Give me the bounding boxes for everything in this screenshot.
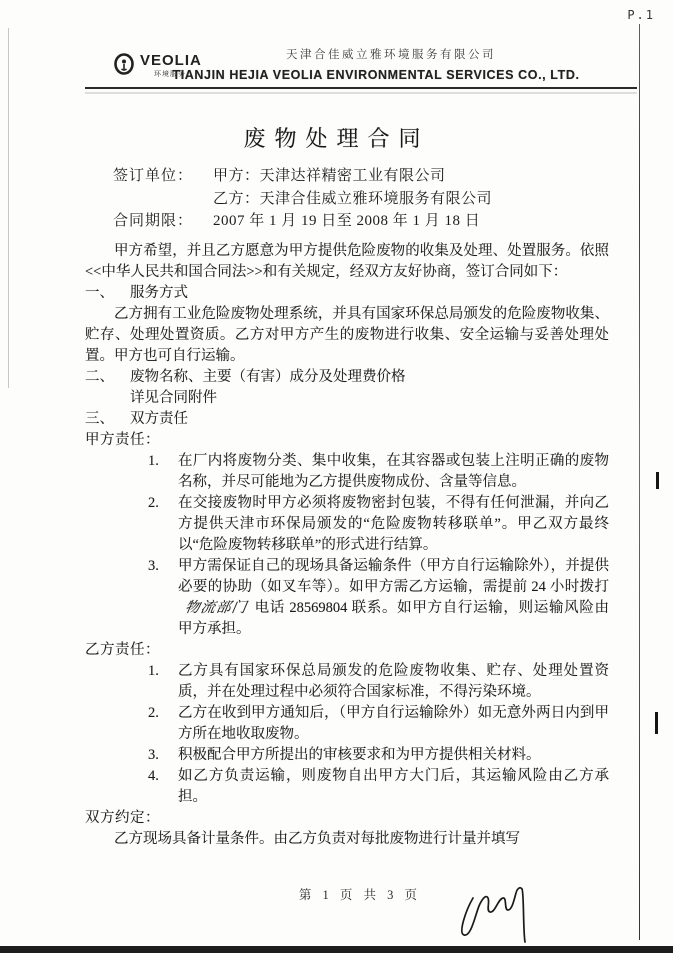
list-item-number: 1. <box>148 451 178 493</box>
fax-page-number: P.1 <box>627 8 655 22</box>
list-item-text: 甲方需保证自己的现场具备运输条件（甲方自行运输除外），并提供必要的协助（如叉车等… <box>178 556 609 640</box>
party-b-duties-heading: 乙方责任： <box>85 640 609 661</box>
page-number-footer: 第 1 页 共 3 页 <box>0 885 673 903</box>
scanned-contract-page: P.1 VEOLIA 环境服务 天津合佳威立雅环境服务有限公司 TIANJIN … <box>0 0 673 953</box>
parties-label: 签订单位： <box>113 165 213 188</box>
contract-body: 甲方希望，并且乙方愿意为甲方提供危险废物的收集及处理、处置服务。依照<<中华人民… <box>85 241 609 850</box>
section-1-body: 乙方拥有工业危险废物处理系统，并具有国家环保总局颁发的危险废物收集、贮存、处理处… <box>85 304 609 367</box>
company-name-cn: 天津合佳威立雅环境服务有限公司 <box>145 46 637 62</box>
list-item-number: 2. <box>148 703 178 745</box>
list-item: 2. 在交接废物时甲方必须将废物密封包装，不得有任何泄漏，并向乙方提供天津市环保… <box>148 493 609 556</box>
meta-row-parties: 签订单位： 甲方：天津达祥精密工业有限公司 <box>113 165 492 188</box>
section-heading-1: 一、 服务方式 <box>85 283 609 304</box>
meta-row-term: 合同期限： 2007 年 1 月 19 日至 2008 年 1 月 18 日 <box>113 210 492 233</box>
section-number: 二、 <box>85 367 130 388</box>
list-item: 3. 积极配合甲方所提出的审核要求和为甲方提供相关材料。 <box>148 745 609 766</box>
list-item-text: 在厂内将废物分类、集中收集，在其容器或包装上注明正确的废物名称，并尽可能地为乙方… <box>178 451 609 493</box>
scan-artifact-dash <box>655 712 658 734</box>
list-item-number: 3. <box>148 556 178 640</box>
list-item-text-pre: 甲方需保证自己的现场具备运输条件（甲方自行运输除外），并提供必要的协助（如叉车等… <box>178 558 609 595</box>
section-number: 三、 <box>85 409 130 430</box>
veolia-tagline: 环境服务 <box>154 69 202 79</box>
section-heading-3: 三、 双方责任 <box>85 409 609 430</box>
scan-artifact-vertical-line <box>639 24 640 940</box>
list-item-number: 1. <box>148 661 178 703</box>
intro-paragraph: 甲方希望，并且乙方愿意为甲方提供危险废物的收集及处理、处置服务。依照<<中华人民… <box>85 241 609 283</box>
list-item-text: 乙方具有国家环保总局颁发的危险废物收集、贮存、处理处置资质，并在处理过程中必须符… <box>178 661 609 703</box>
scan-artifact-left-line <box>8 28 9 388</box>
section-2-note: 详见合同附件 <box>130 388 609 409</box>
handwritten-insert: 物流部门 <box>183 598 249 619</box>
list-item: 1. 在厂内将废物分类、集中收集，在其容器或包装上注明正确的废物名称，并尽可能地… <box>148 451 609 493</box>
term-label: 合同期限： <box>113 210 213 233</box>
list-item-number: 3. <box>148 745 178 766</box>
meta-row-party-b: 乙方：天津合佳威立雅环境服务有限公司 <box>113 188 492 211</box>
section-title: 废物名称、主要（有害）成分及处理费价格 <box>130 367 406 388</box>
scan-artifact-dash <box>656 472 659 489</box>
list-item: 2. 乙方在收到甲方通知后，（甲方自行运输除外）如无意外两日内到甲方所在地收取废… <box>148 703 609 745</box>
letterhead: VEOLIA 环境服务 天津合佳威立雅环境服务有限公司 TIANJIN HEJI… <box>85 46 637 92</box>
list-item: 1. 乙方具有国家环保总局颁发的危险废物收集、贮存、处理处置资质，并在处理过程中… <box>148 661 609 703</box>
section-number: 一、 <box>85 283 130 304</box>
list-item: 3. 甲方需保证自己的现场具备运输条件（甲方自行运输除外），并提供必要的协助（如… <box>148 556 609 640</box>
mutual-agreement-heading: 双方约定： <box>85 808 609 829</box>
contract-meta: 签订单位： 甲方：天津达祥精密工业有限公司 乙方：天津合佳威立雅环境服务有限公司… <box>113 165 492 233</box>
scan-artifact-bottom-edge <box>0 946 673 953</box>
party-a-value: 甲方：天津达祥精密工业有限公司 <box>213 165 446 188</box>
list-item-text: 如乙方负责运输，则废物自出甲方大门后，其运输风险由乙方承担。 <box>178 766 609 808</box>
letterhead-divider <box>85 87 637 92</box>
veolia-circle-icon <box>113 52 137 78</box>
party-b-value: 乙方：天津合佳威立雅环境服务有限公司 <box>213 188 492 211</box>
list-item-text: 乙方在收到甲方通知后，（甲方自行运输除外）如无意外两日内到甲方所在地收取废物。 <box>178 703 609 745</box>
list-item-text: 在交接废物时甲方必须将废物密封包装，不得有任何泄漏，并向乙方提供天津市环保局颁发… <box>178 493 609 556</box>
signature-scribble <box>448 878 543 953</box>
parties-label-spacer <box>113 188 213 211</box>
section-heading-2: 二、 废物名称、主要（有害）成分及处理费价格 <box>85 367 609 388</box>
document-title: 废物处理合同 <box>0 122 673 153</box>
list-item-number: 2. <box>148 493 178 556</box>
party-a-duties-heading: 甲方责任： <box>85 430 609 451</box>
term-value: 2007 年 1 月 19 日至 2008 年 1 月 18 日 <box>213 210 480 233</box>
mutual-agreement-body: 乙方现场具备计量条件。由乙方负责对每批废物进行计量并填写 <box>85 829 609 850</box>
list-item-number: 4. <box>148 766 178 808</box>
list-item: 4. 如乙方负责运输，则废物自出甲方大门后，其运输风险由乙方承担。 <box>148 766 609 808</box>
section-title: 双方责任 <box>130 409 188 430</box>
list-item-text: 积极配合甲方所提出的审核要求和为甲方提供相关材料。 <box>178 745 609 766</box>
section-title: 服务方式 <box>130 283 188 304</box>
